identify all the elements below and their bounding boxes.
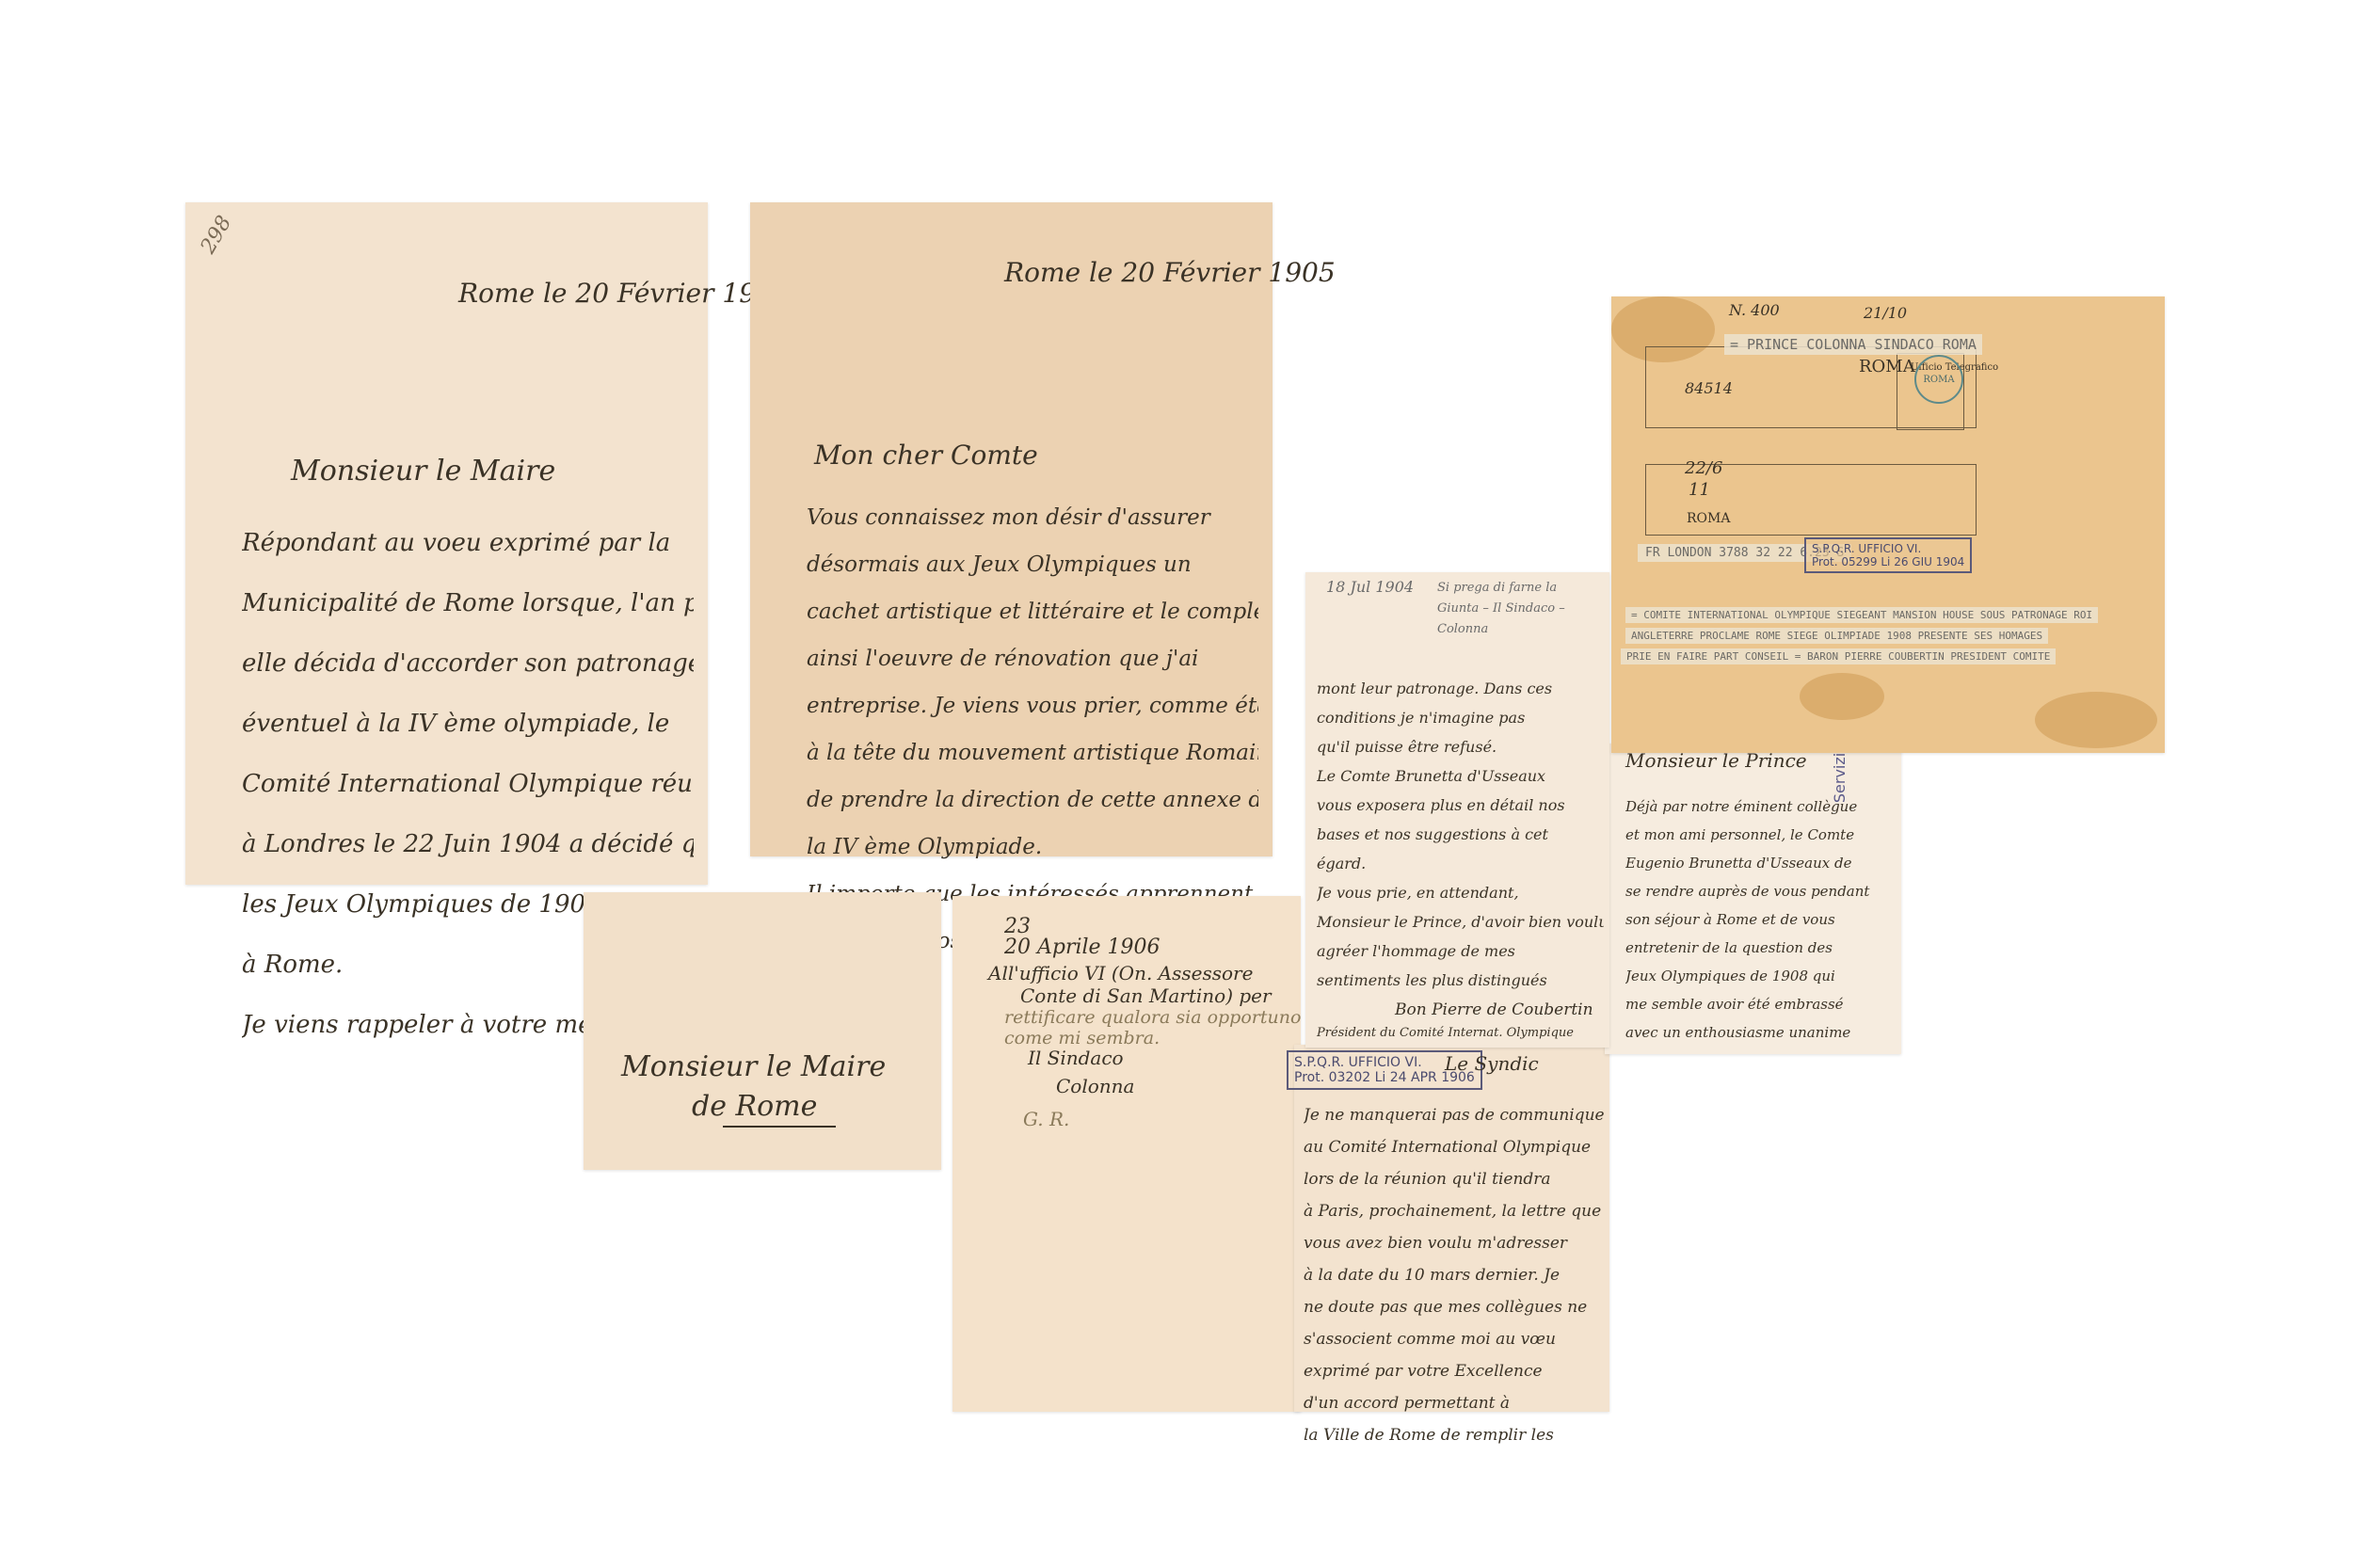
text-line: cachet artistique et littéraire et le co… <box>807 588 1258 635</box>
received-date: 22/6 <box>1685 458 1722 478</box>
letter-body: Déjà par notre éminent collègue et mon a… <box>1625 792 1894 1047</box>
letter-2: Rome le 20 Février 1905 Mon cher Comte V… <box>750 202 1273 856</box>
handwritten-number: 84514 <box>1685 379 1733 397</box>
stamp-line: Prot. 05299 Li 26 GIU 1904 <box>1812 555 1964 568</box>
message-line: ANGLETERRE PROCLAME ROME SIEGE OLIMPIADE… <box>1625 628 2048 644</box>
text-line: vous avez bien voulu m'adresser <box>1304 1227 1605 1259</box>
note-signature: Colonna <box>1056 1075 1134 1097</box>
text-line: ainsi l'oeuvre de rénovation que j'ai <box>807 635 1258 682</box>
letter-signature: Bon Pierre de Coubertin <box>1395 1000 1593 1019</box>
text-line: lors de la réunion qu'il tiendra <box>1304 1163 1605 1195</box>
destination-label: ROMA <box>1859 357 1915 376</box>
text-line: Déjà par notre éminent collègue <box>1625 792 1894 821</box>
text-line: égard. <box>1317 849 1604 878</box>
note-line: come mi sembra. <box>1004 1028 1160 1048</box>
text-line: à Paris, prochainement, la lettre que <box>1304 1195 1605 1227</box>
text-line: avec un enthousiasme unanime <box>1625 1018 1894 1047</box>
note-date: 20 Aprile 1906 <box>1004 936 1160 959</box>
telegram-ref: 21/10 <box>1864 304 1907 322</box>
spqr-stamp: S.P.Q.R. UFFICIO VI. Prot. 05299 Li 26 G… <box>1804 537 1972 573</box>
envelope-address-line: Monsieur le Maire <box>621 1050 886 1083</box>
text-line: à la tête du mouvement artistique Romain <box>807 729 1258 776</box>
text-line: Comité International Olympique réuni <box>242 754 694 814</box>
text-line: mont leur patronage. Dans ces <box>1317 674 1604 703</box>
text-line: me semble avoir été embrassé <box>1625 990 1894 1018</box>
stain <box>1800 673 1884 720</box>
letter-date: Rome le 20 Février 1905 <box>458 278 790 309</box>
text-line: Jeux Olympiques de 1908 qui <box>1625 962 1894 990</box>
note-line: Conte di San Martino) per <box>1020 984 1272 1007</box>
text-line: d'un accord permettant à <box>1304 1387 1605 1419</box>
text-line: Eugenio Brunetta d'Usseaux de <box>1625 849 1894 877</box>
archive-number: 298 <box>197 212 237 258</box>
envelope-address-line: de Rome <box>692 1090 817 1123</box>
note-initials: G. R. <box>1023 1108 1069 1130</box>
letter-date: Rome le 20 Février 1905 <box>1004 257 1336 288</box>
destination-field: ROMA <box>1687 511 1730 526</box>
text-line: au Comité International Olympique <box>1304 1131 1605 1163</box>
telegram-number: N. 400 <box>1729 301 1780 319</box>
text-line: son séjour à Rome et de vous <box>1625 905 1894 934</box>
note-italian: 23 20 Aprile 1906 All'ufficio VI (On. As… <box>952 896 1301 1412</box>
text-line: désormais aux Jeux Olympiques un <box>807 541 1258 588</box>
text-line: conditions je n'imagine pas <box>1317 703 1604 732</box>
text-line: et mon ami personnel, le Comte <box>1625 821 1894 849</box>
text-line: ne doute pas que mes collègues ne <box>1304 1291 1605 1323</box>
text-line: vous exposera plus en détail nos <box>1317 791 1604 820</box>
letter-body: mont leur patronage. Dans ces conditions… <box>1317 674 1604 995</box>
note-line: Il Sindaco <box>1028 1047 1124 1069</box>
letter-3: 18 Jul 1904 Si prega di farne la Giunta … <box>1305 572 1609 1048</box>
text-line: la Ville de Rome de remplir les <box>1304 1419 1605 1451</box>
text-line: bases et nos suggestions à cet <box>1317 820 1604 849</box>
text-line: de prendre la direction de cette annexe … <box>807 776 1258 824</box>
text-line: Municipalité de Rome lorsque, l'an passé… <box>242 573 694 633</box>
text-line: qu'il puisse être refusé. <box>1317 732 1604 761</box>
letter-salutation: Mon cher Comte <box>814 440 1038 471</box>
text-line: entreprise. Je viens vous prier, comme é… <box>807 682 1258 729</box>
text-line: Je vous prie, en attendant, <box>1317 878 1604 907</box>
letter-salutation: Monsieur le Maire <box>291 455 555 488</box>
letter-date: 18 Jul 1904 <box>1326 578 1414 596</box>
note-line: All'ufficio VI (On. Assessore <box>988 962 1253 984</box>
letter-annotation: Si prega di farne la Giunta – Il Sindaco… <box>1437 578 1597 640</box>
office-stamp-text: ROMA <box>1923 375 1954 385</box>
text-line: éventuel à la IV ème olympiade, le <box>242 694 694 754</box>
text-line: Répondant au voeu exprimé par la <box>242 513 694 573</box>
envelope: Monsieur le Maire de Rome <box>584 892 941 1170</box>
note-line: rettificare qualora sia opportuno <box>1004 1007 1301 1028</box>
letter-heading: Le Syndic <box>1445 1052 1539 1075</box>
letter-4: Monsieur le Prince Servizio Déjà par not… <box>1605 744 1901 1054</box>
text-line: Monsieur le Prince, d'avoir bien voulu <box>1317 907 1604 936</box>
letter-5: S.P.Q.R. UFFICIO VI. Prot. 03202 Li 24 A… <box>1294 1045 1609 1412</box>
signature-title: Président du Comité Internat. Olympique <box>1317 1026 1574 1040</box>
text-line: à Londres le 22 Juin 1904 a décidé que <box>242 814 694 874</box>
text-line: elle décida d'accorder son patronage <box>242 633 694 694</box>
underline <box>723 1126 836 1128</box>
circuit-number: 11 <box>1689 480 1710 500</box>
office-stamp: ROMA <box>1914 355 1963 404</box>
text-line: la IV ème Olympiade. <box>807 824 1258 871</box>
message-line: PRIE EN FAIRE PART CONSEIL = BARON PIERR… <box>1621 648 2056 664</box>
text-line: s'associent comme moi au vœu <box>1304 1323 1605 1355</box>
text-line: Je ne manquerai pas de communiquer <box>1304 1099 1605 1131</box>
stain <box>2035 692 2157 748</box>
addressee-strip: = PRINCE COLONNA SINDACO ROMA <box>1724 334 1982 355</box>
text-line: agréer l'hommage de mes <box>1317 936 1604 966</box>
letter-body: Je ne manquerai pas de communiquer au Co… <box>1304 1099 1605 1451</box>
text-line: entretenir de la question des <box>1625 934 1894 962</box>
text-line: se rendre auprès de vous pendant <box>1625 877 1894 905</box>
letter-1: 298 Rome le 20 Février 1905 Monsieur le … <box>185 202 708 885</box>
text-line: exprimé par votre Excellence <box>1304 1355 1605 1387</box>
text-line: Vous connaissez mon désir d'assurer <box>807 494 1258 541</box>
text-line: Le Comte Brunetta d'Usseaux <box>1317 761 1604 791</box>
text-line: sentiments les plus distingués <box>1317 966 1604 995</box>
text-line: à la date du 10 mars dernier. Je <box>1304 1259 1605 1291</box>
message-line: = COMITE INTERNATIONAL OLYMPIQUE SIEGEAN… <box>1625 607 2098 623</box>
stamp-line: S.P.Q.R. UFFICIO VI. <box>1812 542 1964 555</box>
telegram: N. 400 21/10 = PRINCE COLONNA SINDACO RO… <box>1611 296 2165 753</box>
